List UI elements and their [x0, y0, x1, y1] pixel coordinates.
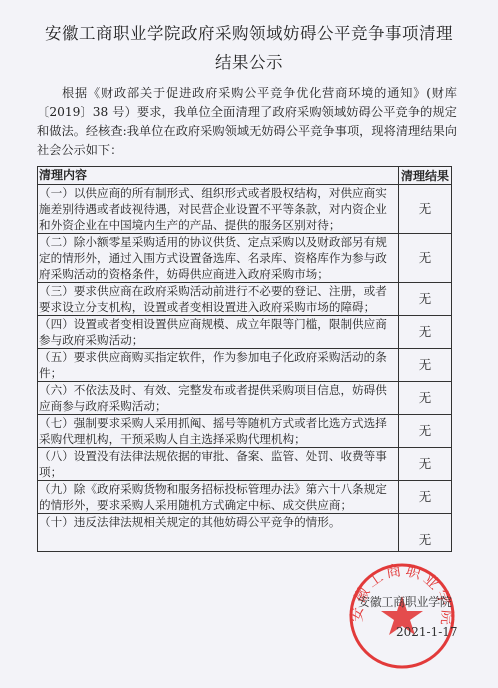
row-result: 无	[399, 382, 452, 415]
table-row: （七）强制要求采购人采用抓阄、摇号等随机方式或者比选方式选择采购代理机构，干预采…	[38, 415, 452, 448]
document-title-line1: 安徽工商职业学院政府采购领域妨碍公平竞争事项清理	[0, 20, 498, 44]
row-content: （一）以供应商的所有制形式、组织形式或者股权结构，对供应商实施差别待遇或者歧视待…	[38, 185, 399, 234]
table-row: （二）除小额零星采购适用的协议供货、定点采购以及财政部另有规定的情形外，通过入围…	[38, 234, 452, 283]
row-result: 无	[399, 316, 452, 349]
row-content: （七）强制要求采购人采用抓阄、摇号等随机方式或者比选方式选择采购代理机构，干预采…	[38, 415, 399, 448]
signature-date: 2021-1-17	[396, 625, 458, 639]
row-content: （二）除小额零星采购适用的协议供货、定点采购以及财政部另有规定的情形外，通过入围…	[38, 234, 399, 283]
header-result: 清理结果	[399, 167, 452, 185]
official-seal-icon: 安徽工商职业学院	[348, 562, 456, 670]
table-row: （三）要求供应商在政府采购活动前进行不必要的登记、注册，或者要求设立分支机构，设…	[38, 283, 452, 316]
header-content: 清理内容	[38, 167, 399, 185]
row-result: 无	[399, 234, 452, 283]
table-row: （五）要求供应商购买指定软件，作为参加电子化政府采购活动的条件； 无	[38, 349, 452, 382]
row-result: 无	[399, 448, 452, 481]
table-row: （四）设置或者变相设置供应商规模、成立年限等门槛，限制供应商参与政府采购活动； …	[38, 316, 452, 349]
row-content: （三）要求供应商在政府采购活动前进行不必要的登记、注册，或者要求设立分支机构，设…	[38, 283, 399, 316]
table-row: （一）以供应商的所有制形式、组织形式或者股权结构，对供应商实施差别待遇或者歧视待…	[38, 185, 452, 234]
intro-paragraph: 根据《财政部关于促进政府采购公平竞争优化营商环境的通知》(财库〔2019〕38 …	[37, 84, 457, 160]
row-result: 无	[399, 514, 452, 552]
row-result: 无	[399, 415, 452, 448]
row-content: （四）设置或者变相设置供应商规模、成立年限等门槛，限制供应商参与政府采购活动；	[38, 316, 399, 349]
document-title-line2: 结果公示	[0, 49, 498, 73]
row-result: 无	[399, 481, 452, 514]
cleanup-table: 清理内容 清理结果 （一）以供应商的所有制形式、组织形式或者股权结构，对供应商实…	[37, 166, 452, 552]
table-row: （六）不依法及时、有效、完整发布或者提供采购项目信息，妨碍供应商参与政府采购活动…	[38, 382, 452, 415]
signature-organization: 安徽工商职业学院	[358, 593, 452, 610]
row-result: 无	[399, 349, 452, 382]
table-row: （十）违反法律法规相关规定的其他妨碍公平竞争的情形。 无	[38, 514, 452, 552]
row-content: （十）违反法律法规相关规定的其他妨碍公平竞争的情形。	[38, 514, 399, 552]
row-content: （六）不依法及时、有效、完整发布或者提供采购项目信息，妨碍供应商参与政府采购活动…	[38, 382, 399, 415]
row-result: 无	[399, 283, 452, 316]
table-header-row: 清理内容 清理结果	[38, 167, 452, 185]
row-content: （五）要求供应商购买指定软件，作为参加电子化政府采购活动的条件；	[38, 349, 399, 382]
table-row: （九）除《政府采购货物和服务招标投标管理办法》第六十八条规定的情形外，要求采购人…	[38, 481, 452, 514]
table-row: （八）设置没有法律法规依据的审批、备案、监管、处罚、收费等事项； 无	[38, 448, 452, 481]
row-result: 无	[399, 185, 452, 234]
row-content: （八）设置没有法律法规依据的审批、备案、监管、处罚、收费等事项；	[38, 448, 399, 481]
row-content: （九）除《政府采购货物和服务招标投标管理办法》第六十八条规定的情形外，要求采购人…	[38, 481, 399, 514]
